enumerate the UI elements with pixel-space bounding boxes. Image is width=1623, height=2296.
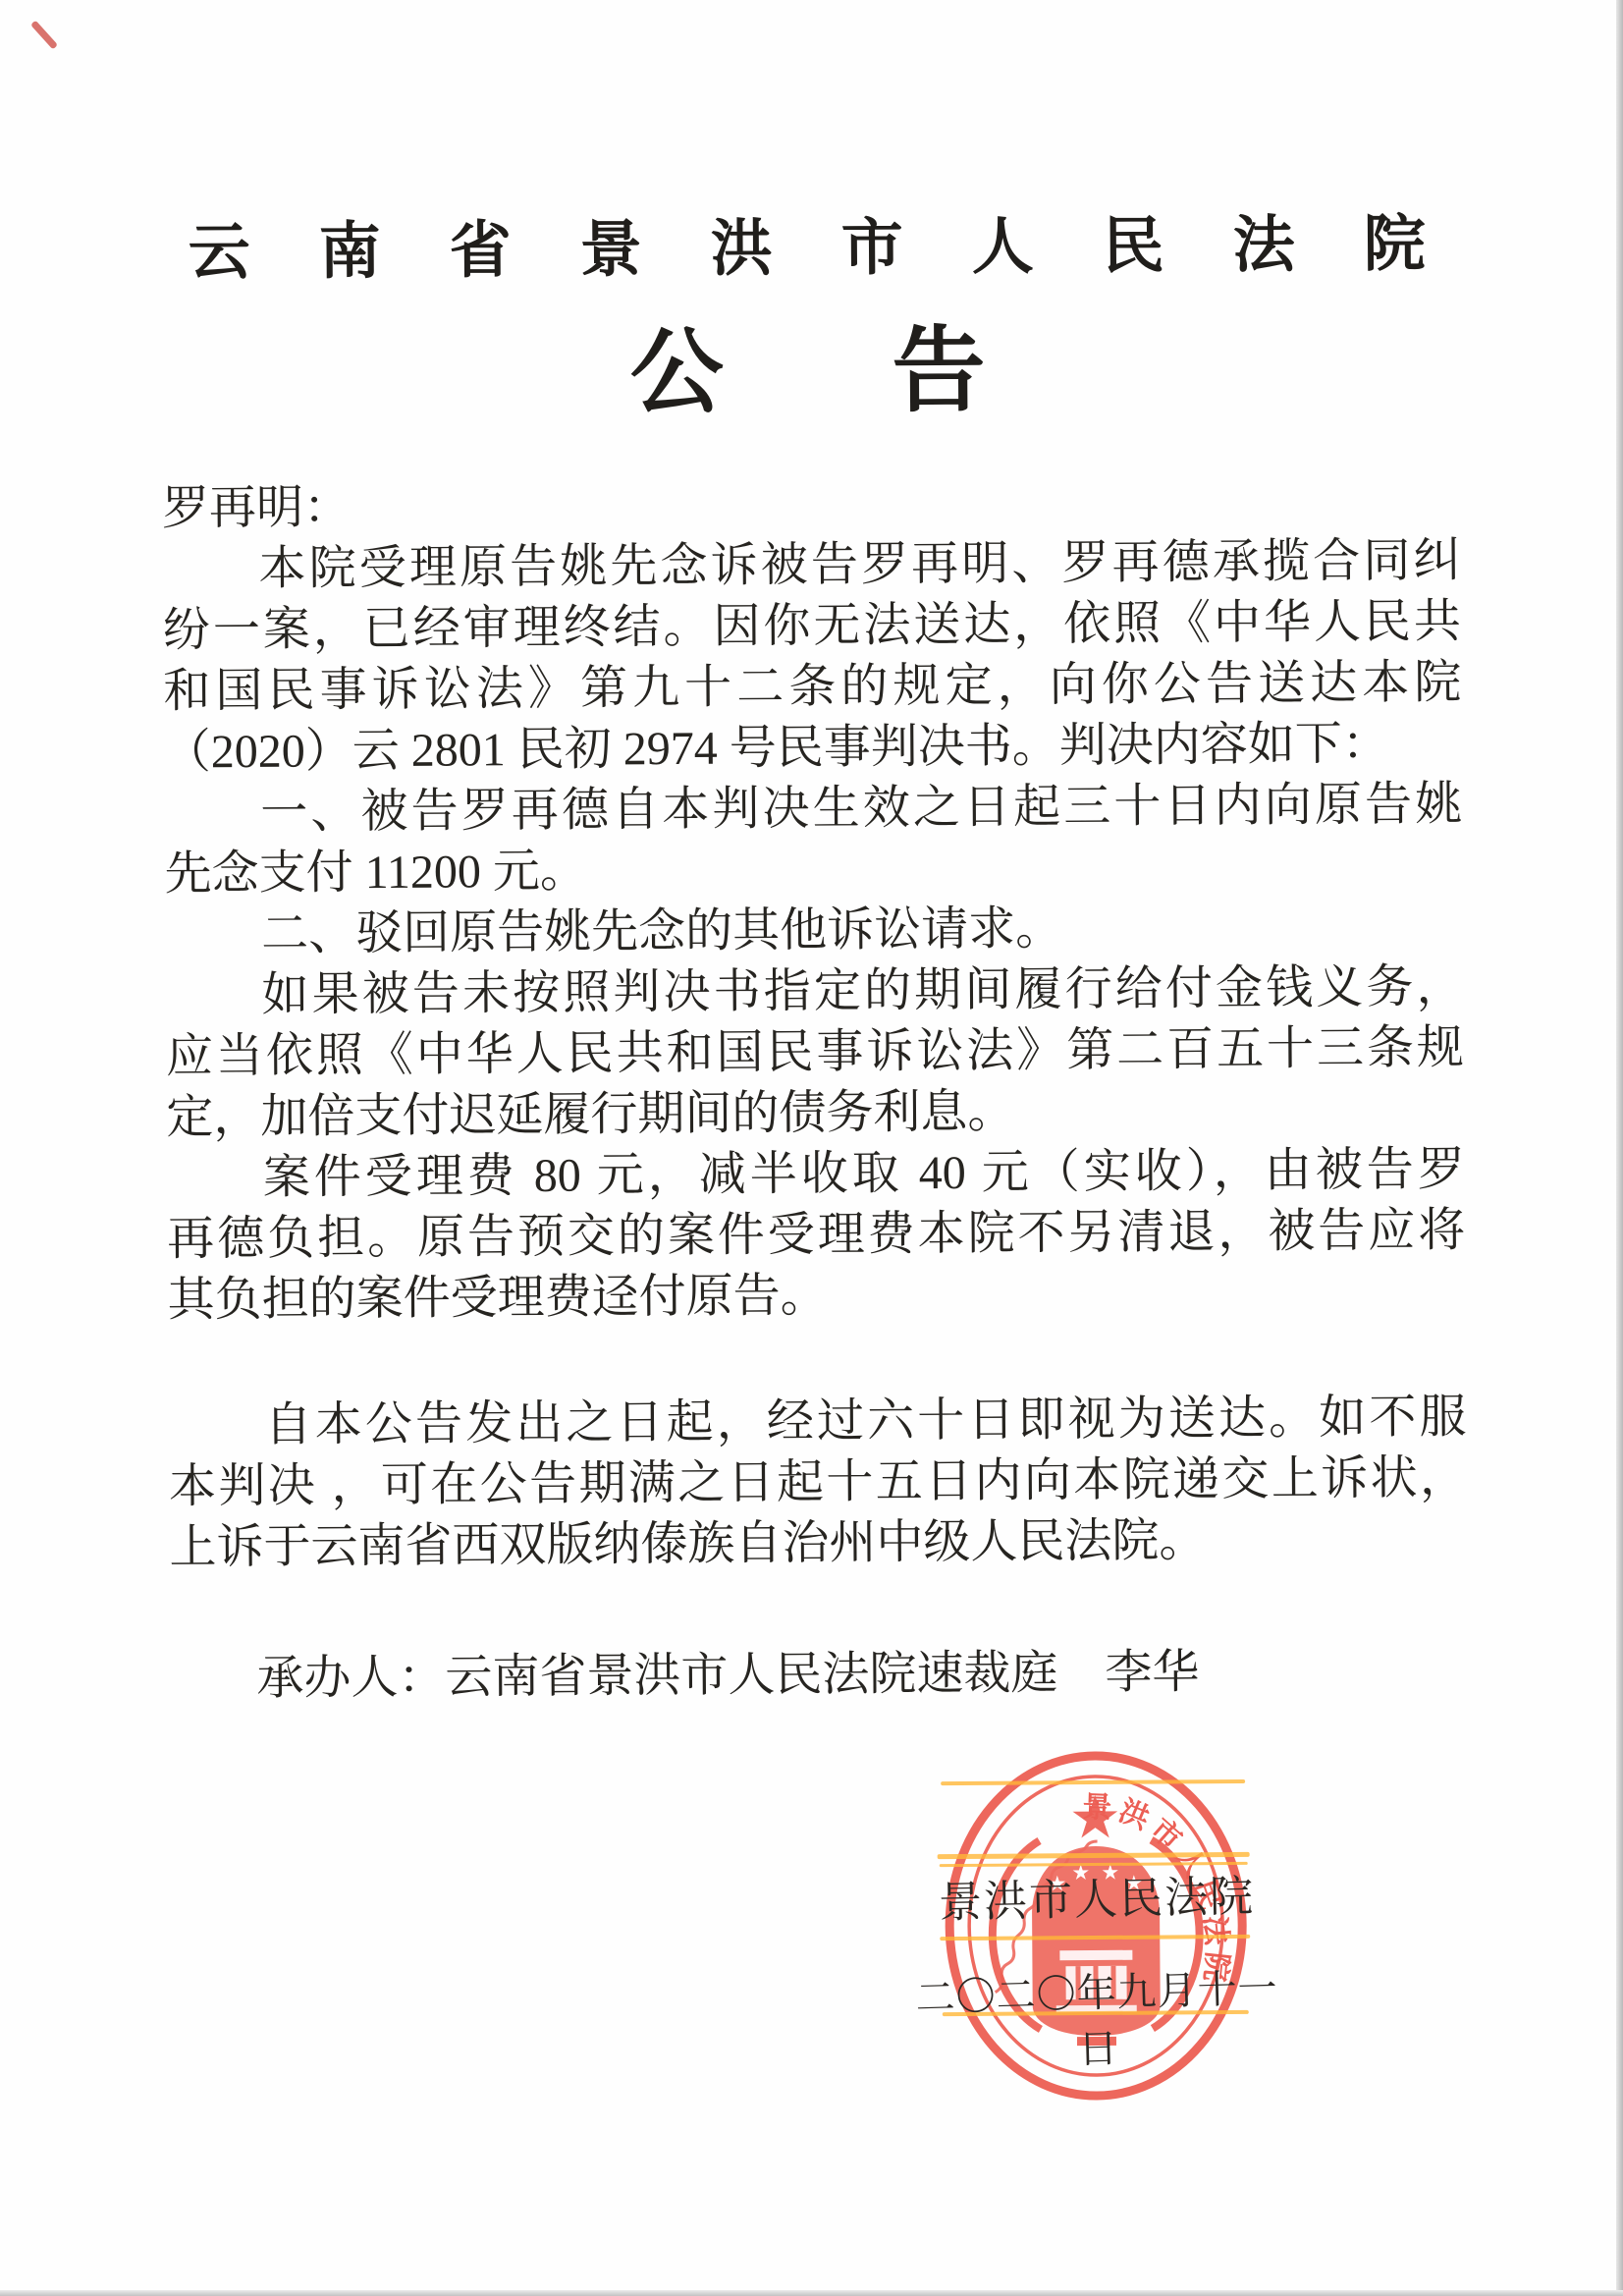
body-line: 案件受理费 80 元，减半收取 40 元（实收），由被告罗 <box>167 1139 1465 1209</box>
body-line: 纷一案，已经审理终结。因你无法送达，依照《中华人民共 <box>163 591 1461 661</box>
issuing-court-name: 景洪市人民法院 <box>927 1860 1266 1930</box>
undertaker-court: 云南省景洪市人民法院速裁庭 <box>445 1647 1057 1703</box>
court-title: 云南省景洪市人民法院 <box>0 192 1618 294</box>
body-line: 再德负担。原告预交的案件受理费本院不另清退，被告应将 <box>167 1200 1465 1270</box>
body-line: 本判决 ，可在公告期满之日起十五日内向本院递交上诉状， <box>169 1448 1467 1517</box>
undertaker-line: 承办人：云南省景洪市人民法院速裁庭李华 <box>170 1640 1468 1710</box>
notice-body: 罗再明： 本院受理原告姚先念诉被告罗再明、罗再德承揽合同纠 纷一案，已经审理终结… <box>162 469 1469 1710</box>
body-line: 应当依照《中华人民共和国民事诉讼法》第二百五十三条规 <box>166 1017 1464 1087</box>
notice-heading-char-1: 公 <box>629 321 724 426</box>
scan-edge-right <box>1616 0 1623 2296</box>
body-line: 本院受理原告姚先念诉被告罗再明、罗再德承揽合同纠 <box>162 530 1460 600</box>
scan-edge-bottom <box>0 2290 1623 2296</box>
document-content: 云南省景洪市人民法院 公 告 罗再明： 本院受理原告姚先念诉被告罗再明、罗再德承… <box>0 0 1623 2296</box>
notice-heading: 公 告 <box>0 292 1620 437</box>
issue-date: 二〇二〇年九月十一日 <box>899 1956 1295 2079</box>
body-line: 二、驳回原告姚先念的其他诉讼请求。 <box>165 896 1463 965</box>
body-line: 上诉于云南省西双版纳傣族自治州中级人民法院。 <box>169 1508 1467 1578</box>
scanned-court-notice-page: 云南省景洪市人民法院 公 告 罗再明： 本院受理原告姚先念诉被告罗再明、罗再德承… <box>0 0 1623 2296</box>
undertaker-label: 承办人： <box>256 1652 445 1705</box>
body-line: 先念支付 11200 元。 <box>164 835 1462 904</box>
undertaker-name: 李华 <box>1105 1646 1199 1699</box>
body-line: （2020）云 2801 民初 2974 号民事判决书。判决内容如下： <box>164 713 1462 783</box>
body-line: 自本公告发出之日起，经过六十日即视为送达。如不服 <box>168 1387 1466 1456</box>
body-line: 定，加倍支付迟延履行期间的债务利息。 <box>166 1078 1464 1148</box>
recipient-line: 罗再明： <box>162 469 1460 539</box>
body-line: 其负担的案件受理费迳付原告。 <box>167 1261 1465 1331</box>
body-line: 如果被告未按照判决书指定的期间履行给付金钱义务， <box>165 957 1463 1026</box>
notice-heading-char-2: 告 <box>892 319 986 424</box>
body-line: 一、被告罗再德自本判决生效之日起三十日内向原告姚 <box>164 774 1462 844</box>
body-line: 和国民事诉讼法》第九十二条的规定，向你公告送达本院 <box>163 652 1461 722</box>
